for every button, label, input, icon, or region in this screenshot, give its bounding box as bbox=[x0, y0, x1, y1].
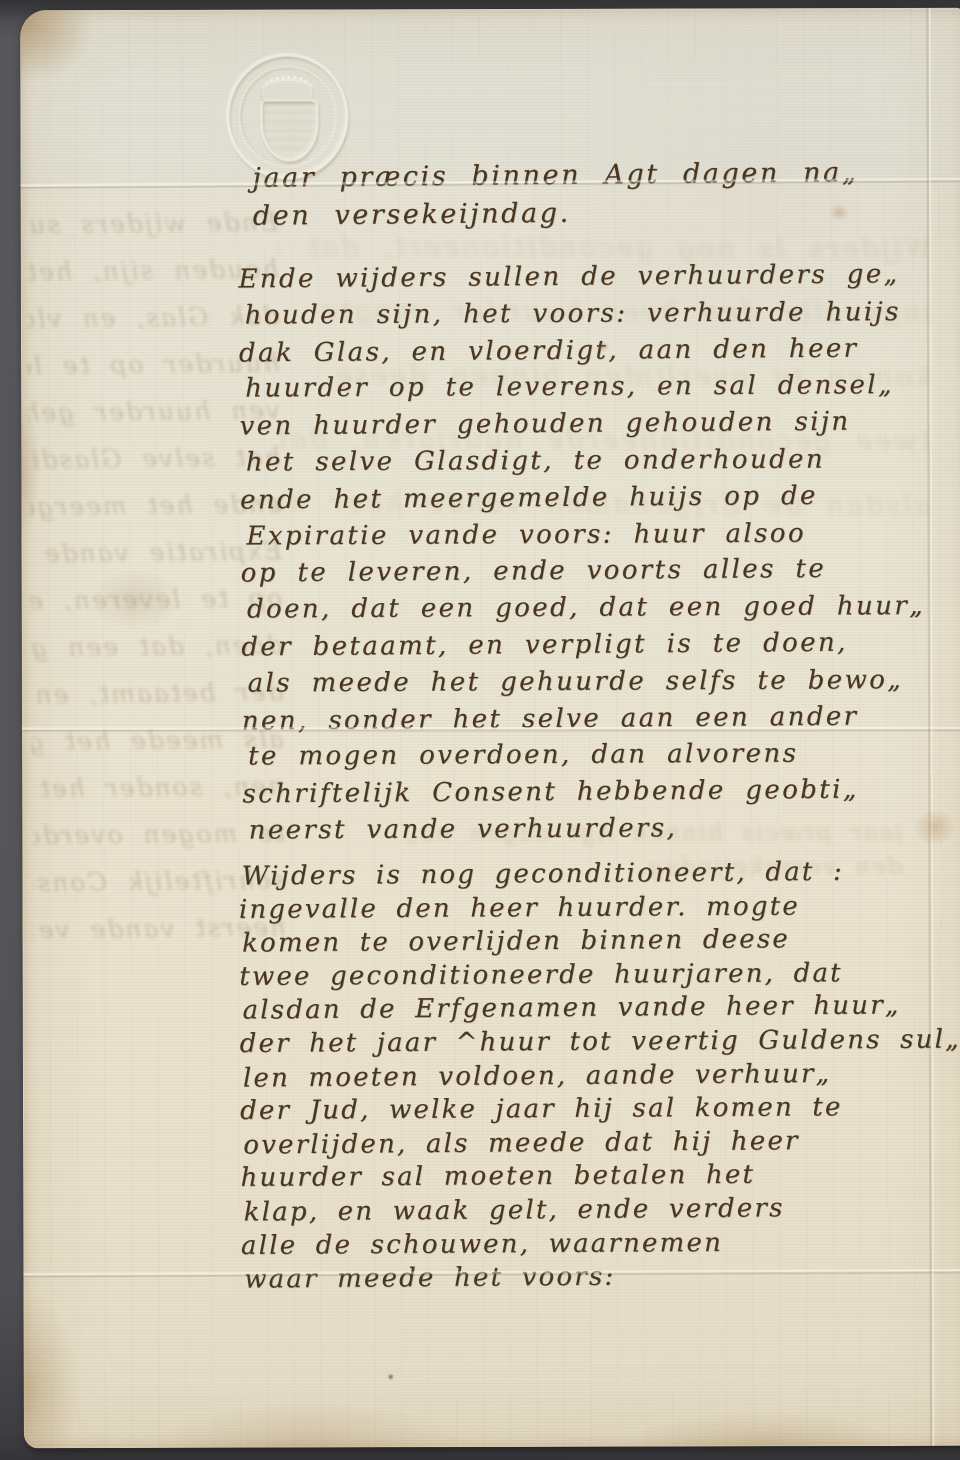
bleedthrough-line: Expiratie vande voors: huur alsoo bbox=[29, 527, 282, 577]
vertical-fold-crease-right bbox=[926, 8, 936, 1446]
bleedthrough-line: te mogen overdoen, dan alvorens bbox=[33, 809, 286, 859]
handwritten-line: alle de schouwen, waarnemen bbox=[241, 1225, 960, 1263]
handwritten-line: Wijders is nog geconditioneert, dat : bbox=[242, 855, 960, 894]
handwritten-line: ende het meergemelde huijs op de bbox=[240, 477, 918, 519]
handwritten-line: nen, sonder het selve aan een ander bbox=[242, 698, 920, 740]
manuscript-page: Ende wijders sullen de verhuurders ge„ho… bbox=[20, 8, 960, 1448]
handwritten-paragraph-death-clause: Wijders is nog geconditioneert, dat :ing… bbox=[239, 856, 960, 1297]
laid-paper-texture bbox=[20, 8, 960, 1448]
seal-shield-icon bbox=[260, 99, 318, 161]
handwritten-line: huurder sal moeten betalen het bbox=[240, 1158, 960, 1196]
handwritten-line: der Jud, welke jaar hij sal komen te bbox=[240, 1091, 960, 1129]
horizontal-fold-crease-lower bbox=[23, 1269, 960, 1279]
embossed-seal bbox=[226, 53, 348, 179]
handwritten-line: len moeten voldoen, aande verhuur„ bbox=[243, 1056, 960, 1095]
handwritten-line: schriftelijk Consent hebbende geobti„ bbox=[242, 771, 920, 813]
handwritten-line: komen te overlijden binnen deese bbox=[242, 922, 960, 961]
bleedthrough-line: ingevalle den heer huurder. mogte bbox=[271, 279, 931, 346]
handwritten-line: huurder op te leverens, en sal densel„ bbox=[245, 367, 923, 407]
bleedthrough-line: ende het meergemelde huijs op de bbox=[29, 480, 282, 530]
handwritten-line: der betaamt, en verpligt is te doen, bbox=[241, 624, 919, 666]
handwritten-line: als meede het gehuurde selfs te bewo„ bbox=[247, 662, 925, 702]
handwritten-line: jaar præcis binnen Agt dagen na„ bbox=[252, 154, 858, 198]
handwritten-line: houden sijn, het voors: verhuurde huijs bbox=[245, 294, 923, 334]
bleedthrough-line: Ende wijders sullen de verhuurders ge„ bbox=[26, 198, 279, 248]
handwritten-line: ingevalle den heer huurder. mogte bbox=[239, 889, 960, 927]
bleedthrough-line: houden sijn, het voors: verhuurde huijs bbox=[26, 245, 279, 295]
bleedthrough-line: den versekeijndag. bbox=[262, 850, 902, 882]
handwritten-line: der het jaar ^huur tot veertig Guldens s… bbox=[240, 1023, 960, 1061]
handwritten-line: overlijden, als meede dat hij heer bbox=[243, 1124, 960, 1163]
handwritten-line: twee geconditioneerde huurjaren, dat bbox=[239, 956, 960, 994]
ink-bleedthrough-upper-area: Wijders is nog geconditioneert, dat :ing… bbox=[270, 215, 931, 548]
bleedthrough-line: huurder op te leverens, en sal densel„ bbox=[27, 339, 280, 389]
bleedthrough-line: nen, sonder het selve aan een ander bbox=[32, 762, 285, 812]
handwritten-line: ven huurder gehouden gehouden sijn bbox=[239, 403, 917, 445]
bleedthrough-line: het selve Glasdigt, te onderhouden bbox=[28, 433, 281, 483]
handwritten-line: neerst vande verhuurders, bbox=[249, 809, 927, 849]
ink-bleedthrough-paragraph-gap: jaar præcis binnen Agt dagen na„den vers… bbox=[262, 816, 902, 882]
handwritten-line: te mogen overdoen, dan alvorens bbox=[248, 735, 926, 775]
bleedthrough-line: schriftelijk Consent hebbende geobti„ bbox=[33, 856, 286, 906]
horizontal-fold-crease-middle bbox=[22, 727, 960, 733]
paper-stains-overlay bbox=[20, 8, 960, 1448]
bleedthrough-line: op te leveren, ende voorts alles te bbox=[30, 574, 283, 624]
bleedthrough-line: als meede het gehuurde selfs te bewo„ bbox=[32, 715, 285, 765]
bleedthrough-line: twee geconditioneerde huurjaren, dat bbox=[271, 407, 931, 474]
bleedthrough-line: Wijders is nog geconditioneert, dat : bbox=[272, 215, 932, 282]
bleedthrough-line: der betaamt, en verpligt is te doen, bbox=[31, 668, 284, 718]
horizontal-fold-crease-top bbox=[21, 178, 960, 191]
fold-tone-band bbox=[20, 8, 960, 182]
handwritten-line: dak Glas, en vloerdigt, aan den heer bbox=[239, 330, 917, 372]
bleedthrough-line: doen, dat een goed, dat een goed huur„ bbox=[31, 621, 284, 671]
bleedthrough-line: jaar præcis binnen Agt dagen na„ bbox=[262, 816, 902, 852]
handwritten-line: doen, dat een goed, dat een goed huur„ bbox=[247, 588, 925, 628]
handwritten-paragraph-opening: jaar præcis binnen Agt dagen na„den vers… bbox=[252, 154, 859, 236]
bleedthrough-line: neerst vande verhuurders, bbox=[34, 903, 287, 953]
seal-outer-ring-icon bbox=[226, 53, 348, 179]
handwritten-line: het selve Glasdigt, te onderhouden bbox=[246, 441, 924, 481]
handwritten-paragraph-maintenance-clause: Ende wijders sullen de verhuurders ge„ho… bbox=[238, 256, 921, 850]
bleedthrough-line: ven huurder gehouden gehouden sijn bbox=[28, 386, 281, 436]
handwritten-line: klap, en waak gelt, ende verders bbox=[244, 1191, 960, 1230]
seal-crown-icon bbox=[262, 75, 312, 100]
bleedthrough-line: der het jaar ^huur tot veertig Guldens s… bbox=[270, 535, 930, 548]
seal-inner-ring-icon bbox=[238, 65, 336, 167]
handwritten-line: Expiratie vande voors: huur alsoo bbox=[246, 515, 924, 555]
bleedthrough-line: komen te overlijden binnen deese bbox=[271, 343, 931, 410]
bleedthrough-line: alsdan de Erfgenamen vande heer huur„ bbox=[270, 471, 930, 538]
handwritten-line: op te leveren, ende voorts alles te bbox=[241, 550, 919, 592]
handwritten-line: den versekeijndag. bbox=[253, 192, 859, 236]
handwritten-line: waar meede het voors: bbox=[244, 1258, 960, 1297]
handwritten-line: alsdan de Erfgenamen vande heer huur„ bbox=[242, 989, 960, 1028]
bleedthrough-line: dak Glas, en vloerdigt, aan den heer bbox=[27, 292, 280, 342]
handwritten-line: Ende wijders sullen de verhuurders ge„ bbox=[238, 256, 916, 298]
ink-bleedthrough-left-column: Ende wijders sullen de verhuurders ge„ho… bbox=[26, 198, 291, 1321]
